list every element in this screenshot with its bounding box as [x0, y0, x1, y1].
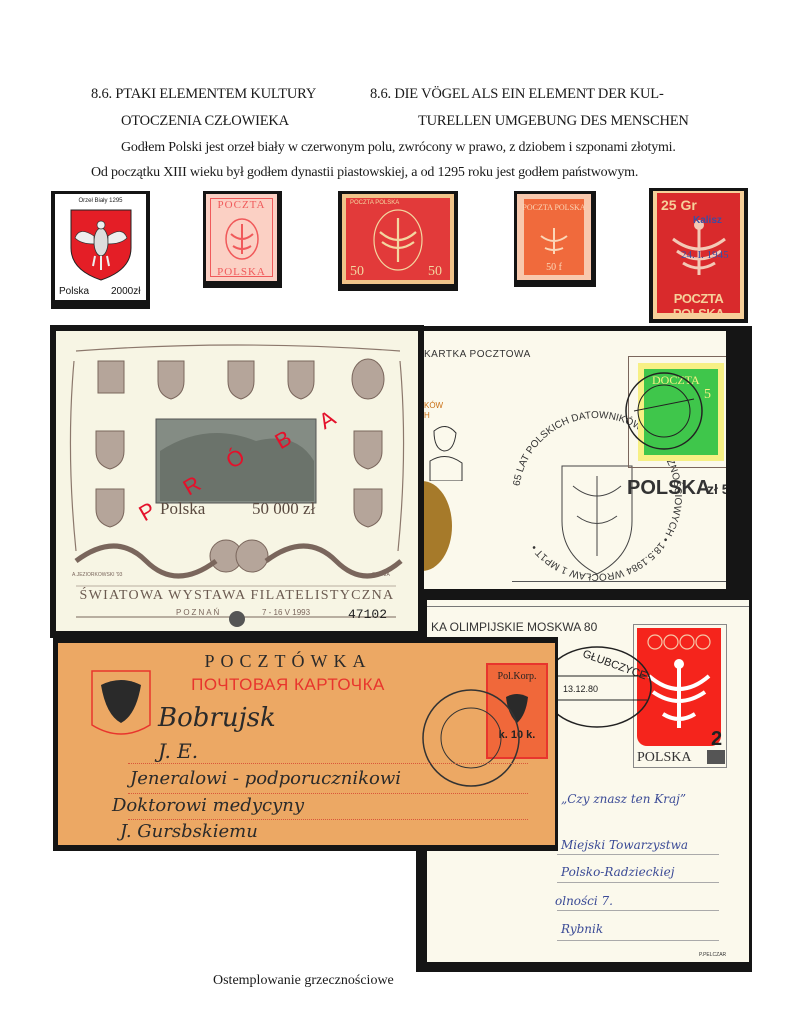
- de-title-line1: 8.6. DIE VÖGEL ALS EIN ELEMENT DER KUL-: [370, 86, 664, 103]
- overprint-kalisz: Kalisz: [693, 215, 722, 226]
- surcharge-value: 2: [711, 728, 722, 751]
- illustration-portrait: [422, 481, 452, 571]
- souvenir-sheet: Polska 50 000 zł P R Ó B A A.JEZIORKOWSK…: [56, 331, 418, 631]
- stamp-poczta-15: POCZTA POLSKA: [203, 191, 282, 288]
- stamp-poczta-50: POCZTA POLSKA 50 50: [338, 191, 458, 291]
- svg-text:13.12.80: 13.12.80: [563, 684, 598, 694]
- warszawa-cancel-postmark: [622, 369, 706, 453]
- svg-text:GŁUBCZYCE: GŁUBCZYCE: [581, 648, 648, 682]
- sheet-country: Polska: [160, 499, 205, 519]
- stamp-kalisz: 25 Gr Kalisz 24. I. 1945 POCZTA POLSKA: [649, 188, 748, 323]
- sheet-serial: 47102: [348, 607, 387, 622]
- heraldic-frame-ornament: [56, 331, 418, 631]
- stamp-orzel-bialy: Orzeł Biały 1295 Polska 2000zł: [51, 191, 150, 309]
- caption-courtesy-cancel: Ostemplowanie grzecznościowe: [213, 973, 394, 989]
- sheet-title: ŚWIATOWA WYSTAWA FILATELISTYCZNA: [56, 588, 418, 604]
- pl-title-line1: 8.6. PTAKI ELEMENTEM KULTURY: [91, 86, 316, 103]
- card-wroclaw: KARTKA POCZTOWA KÓW H 65 LAT POLSKICH DA…: [422, 331, 726, 589]
- overprint-date: 24. I. 1945: [681, 249, 729, 261]
- eagle-shield-icon: [69, 208, 133, 282]
- obliterated-value: [707, 750, 725, 764]
- de-title-line2: TURELLEN UMGEBUNG DES MENSCHEN: [418, 113, 689, 130]
- intro-line1: Godłem Polski jest orzeł biały w czerwon…: [121, 140, 676, 156]
- woman-portrait-icon: [426, 421, 466, 481]
- card-pocztowka: POCZTÓWKA ПОЧТОВАЯ КАРТОЧКА Pol.Korp. k.…: [58, 643, 555, 845]
- intro-line2: Od początku XIII wieku był godłem dynast…: [91, 165, 638, 181]
- eagle-icon: [537, 224, 571, 258]
- stamp-poczta-50f: POCZTA POLSKA 50 f: [514, 191, 596, 287]
- eagle-medallion-icon: [372, 208, 424, 272]
- sheet-value: 50 000 zł: [252, 499, 315, 519]
- double-headed-eagle-icon: [86, 665, 156, 745]
- pl-title-line2: OTOCZENIA CZŁOWIEKA: [121, 113, 289, 130]
- field-post-cancel-postmark: [416, 683, 526, 793]
- eagle-crest-icon: [221, 214, 263, 264]
